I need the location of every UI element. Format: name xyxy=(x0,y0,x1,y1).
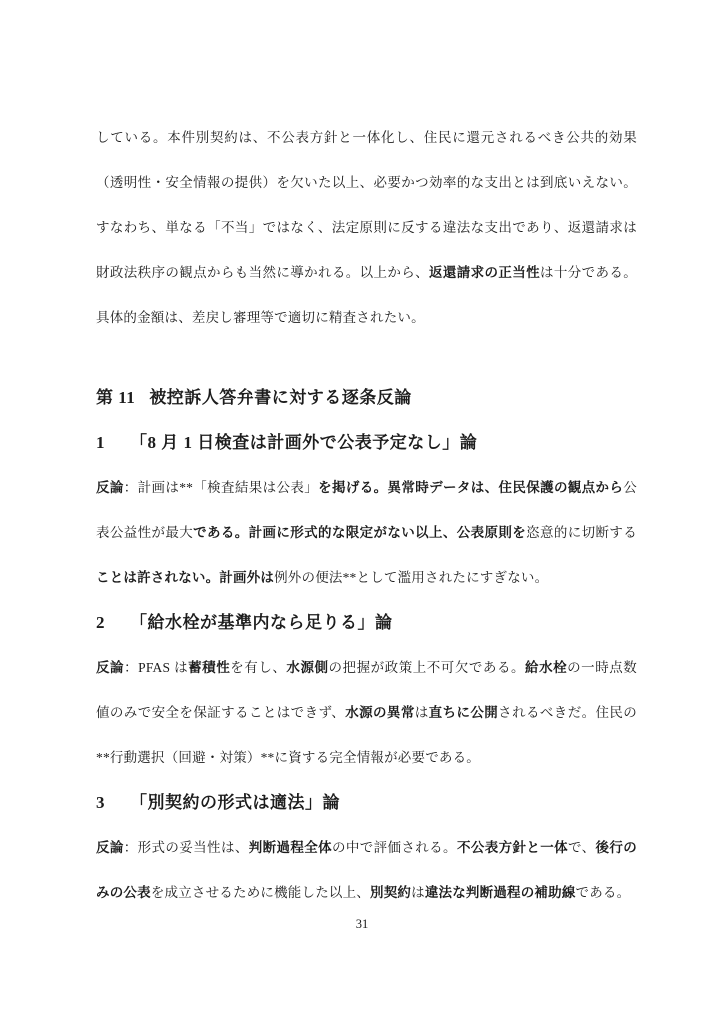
text-segment: 恣意的に切断する xyxy=(526,525,637,540)
subsection-heading-3: 3「別契約の形式は適法」論 xyxy=(96,780,637,825)
text-segment: である。 xyxy=(576,885,631,900)
text-segment: 水源側 xyxy=(286,660,328,675)
text-segment: 例外の便法**として濫用されたにすぎない。 xyxy=(274,570,548,585)
document-page: している。本件別契約は、不公表方針と一体化し、住民に還元されるべき公共的効果（透… xyxy=(0,0,724,1024)
text-segment: ：計画は**「検査結果は公表」 xyxy=(124,480,318,495)
text-segment: 蓄積性 xyxy=(188,660,230,675)
subsection-number-3: 3 xyxy=(96,793,105,812)
text-segment: 別契約 xyxy=(370,885,411,900)
text-segment: は xyxy=(411,885,425,900)
subsection-paragraph-2: 反論：PFAS は蓄積性を有し、水源側の把握が政策上不可欠である。給水栓の一時点… xyxy=(96,645,637,780)
text-segment: ：PFAS は xyxy=(124,660,188,675)
subsection-title-2: 「給水栓が基準内なら足りる」論 xyxy=(130,613,393,632)
text-segment: ：形式の妥当性は、 xyxy=(124,840,249,855)
subsection-heading-1: 1「8 月 1 日検査は計画外で公表予定なし」論 xyxy=(96,420,637,465)
text-segment: 反論 xyxy=(96,840,124,855)
page-number: 31 xyxy=(0,914,724,934)
text-segment: 不公表方針と一体 xyxy=(457,840,568,855)
text-segment: 違法な判断過程の補助線 xyxy=(425,885,576,900)
subsection-number-1: 1 xyxy=(96,433,105,452)
section-heading: 第 11被控訴人答弁書に対する逐条反論 xyxy=(96,375,637,420)
text-segment: 判断過程全体 xyxy=(249,840,332,855)
text-segment: で、 xyxy=(568,840,596,855)
text-segment: である。計画に形式的な限定がない以上、公表原則を xyxy=(193,525,526,540)
text-segment: 直ちに公開 xyxy=(429,705,499,720)
text-segment: している。本件別契約は、不公表方針と一体化し、住民に還元されるべき公共的効果（透… xyxy=(96,130,637,280)
text-segment: 反論 xyxy=(96,660,124,675)
subsection-heading-2: 2「給水栓が基準内なら足りる」論 xyxy=(96,600,637,645)
text-segment: の中で評価される。 xyxy=(332,840,457,855)
text-segment: 給水栓 xyxy=(525,660,567,675)
text-segment: を有し、 xyxy=(230,660,286,675)
text-segment: ことは許されない。計画外は xyxy=(96,570,274,585)
text-segment: を掲げる。異常時データは、住民保護の観点から xyxy=(318,480,623,495)
subsection-paragraph-3: 反論：形式の妥当性は、判断過程全体の中で評価される。不公表方針と一体で、後行のみ… xyxy=(96,825,637,915)
subsection-number-2: 2 xyxy=(96,613,105,632)
text-segment: を成立させるために機能した以上、 xyxy=(151,885,370,900)
text-segment: 水源の異常 xyxy=(345,705,415,720)
page-content: している。本件別契約は、不公表方針と一体化し、住民に還元されるべき公共的効果（透… xyxy=(96,115,637,915)
subsection-title-1: 「8 月 1 日検査は計画外で公表予定なし」論 xyxy=(130,433,477,452)
section-title: 被控訴人答弁書に対する逐条反論 xyxy=(149,388,412,407)
section-number: 第 11 xyxy=(96,388,135,407)
subsection-title-3: 「別契約の形式は適法」論 xyxy=(130,793,340,812)
text-segment: は xyxy=(415,705,429,720)
subsection-paragraph-1: 反論：計画は**「検査結果は公表」を掲げる。異常時データは、住民保護の観点から公… xyxy=(96,465,637,600)
text-segment: 反論 xyxy=(96,480,124,495)
text-segment: 返還請求の正当性 xyxy=(429,265,540,280)
text-segment: の把握が政策上不可欠である。 xyxy=(329,660,526,675)
intro-paragraph: している。本件別契約は、不公表方針と一体化し、住民に還元されるべき公共的効果（透… xyxy=(96,115,637,340)
